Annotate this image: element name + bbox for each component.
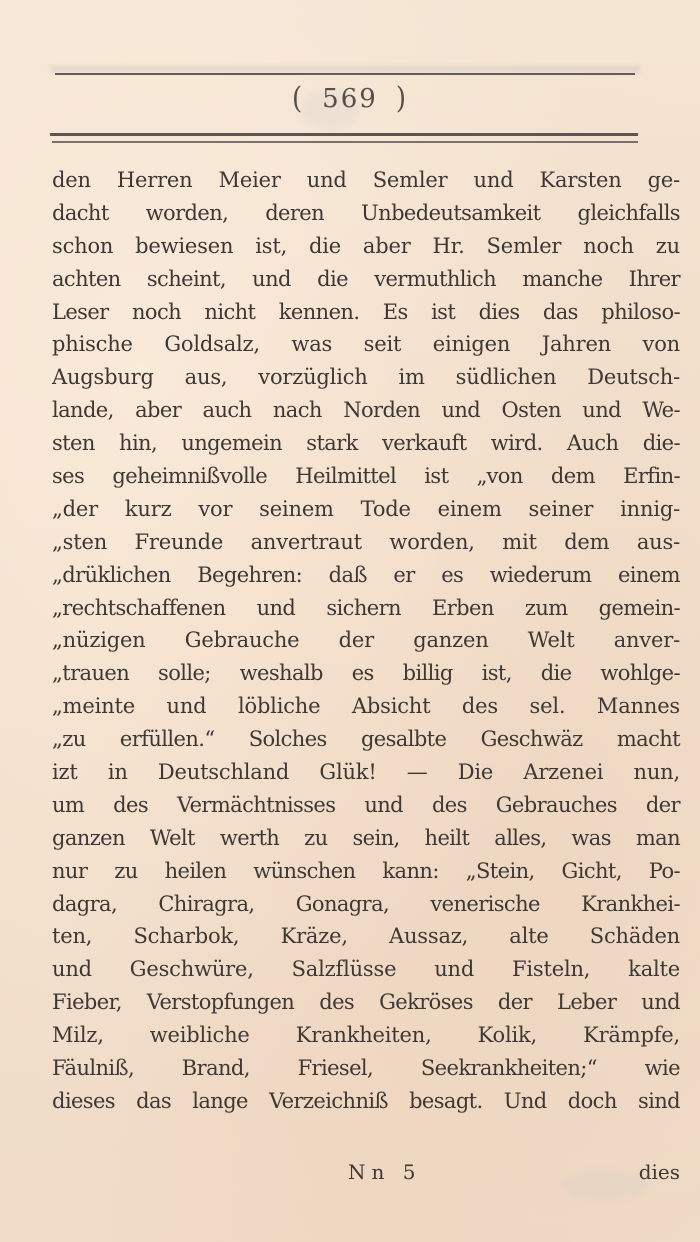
text-line: phische Goldsalz, was seit einigen Jahre… (52, 328, 680, 361)
text-line: den Herren Meier und Semler und Karsten … (52, 164, 680, 197)
text-line: um des Vermächtnisses und des Gebrauches… (52, 789, 680, 822)
page-footer: Nn 5 dies (52, 1160, 680, 1190)
text-line: Fäulniß, Brand, Friesel, Seekrankheiten;… (52, 1052, 680, 1085)
signature-mark: Nn 5 (348, 1160, 421, 1184)
text-line: Fieber, Verstopfungen des Gekröses der L… (52, 986, 680, 1019)
text-line: Milz, weibliche Krankheiten, Kolik, Kräm… (52, 1019, 680, 1052)
catchword: dies (639, 1160, 680, 1184)
text-line: „zu erfüllen.“ Solches gesalbte Geschwäz… (52, 723, 680, 756)
text-line: „sten Freunde anvertraut worden, mit dem… (52, 526, 680, 559)
text-line: sten hin, ungemein stark verkauft wird. … (52, 427, 680, 460)
page-number: (569) (0, 84, 700, 114)
header-rule-thin (52, 141, 638, 143)
page-number-paren-open: ( (292, 82, 304, 117)
text-line: „rechtschaffenen und sichern Erben zum g… (52, 592, 680, 625)
text-line: ten, Scharbok, Kräze, Aussaz, alte Schäd… (52, 920, 680, 953)
text-line: dieses das lange Verzeichniß besagt. Und… (52, 1085, 680, 1118)
text-line: achten scheint, und die vermuthlich manc… (52, 263, 680, 296)
header-rule-thick (50, 133, 638, 136)
body-text: den Herren Meier und Semler und Karsten … (52, 164, 680, 1118)
text-line: schon bewiesen ist, die aber Hr. Semler … (52, 230, 680, 263)
text-line: „trauen solle; weshalb es billig ist, di… (52, 657, 680, 690)
text-line: ganzen Welt werth zu sein, heilt alles, … (52, 822, 680, 855)
header-rule-shadow (50, 66, 640, 72)
text-line: „drüklichen Begehren: daß er es wiederum… (52, 559, 680, 592)
text-line: nur zu heilen wünschen kann: „Stein, Gic… (52, 855, 680, 888)
text-line: Leser noch nicht kennen. Es ist dies das… (52, 296, 680, 329)
text-line: izt in Deutschland Glük! — Die Arzenei n… (52, 756, 680, 789)
text-line: dagra, Chiragra, Gonagra, venerische Kra… (52, 888, 680, 921)
text-line: „meinte und löbliche Absicht des sel. Ma… (52, 690, 680, 723)
text-line: „der kurz vor seinem Tode einem seiner i… (52, 493, 680, 526)
page-number-paren-close: ) (396, 82, 408, 117)
text-line: Augsburg aus, vorzüglich im südlichen De… (52, 361, 680, 394)
text-line: und Geschwüre, Salzflüsse und Fisteln, k… (52, 953, 680, 986)
header-rule-top (55, 73, 635, 75)
text-line: „nüzigen Gebrauche der ganzen Welt anver… (52, 624, 680, 657)
text-line: ses geheimnißvolle Heilmittel ist „von d… (52, 460, 680, 493)
page-number-value: 569 (322, 84, 378, 114)
text-line: lande, aber auch nach Norden und Osten u… (52, 394, 680, 427)
text-line: dacht worden, deren Unbedeutsamkeit glei… (52, 197, 680, 230)
